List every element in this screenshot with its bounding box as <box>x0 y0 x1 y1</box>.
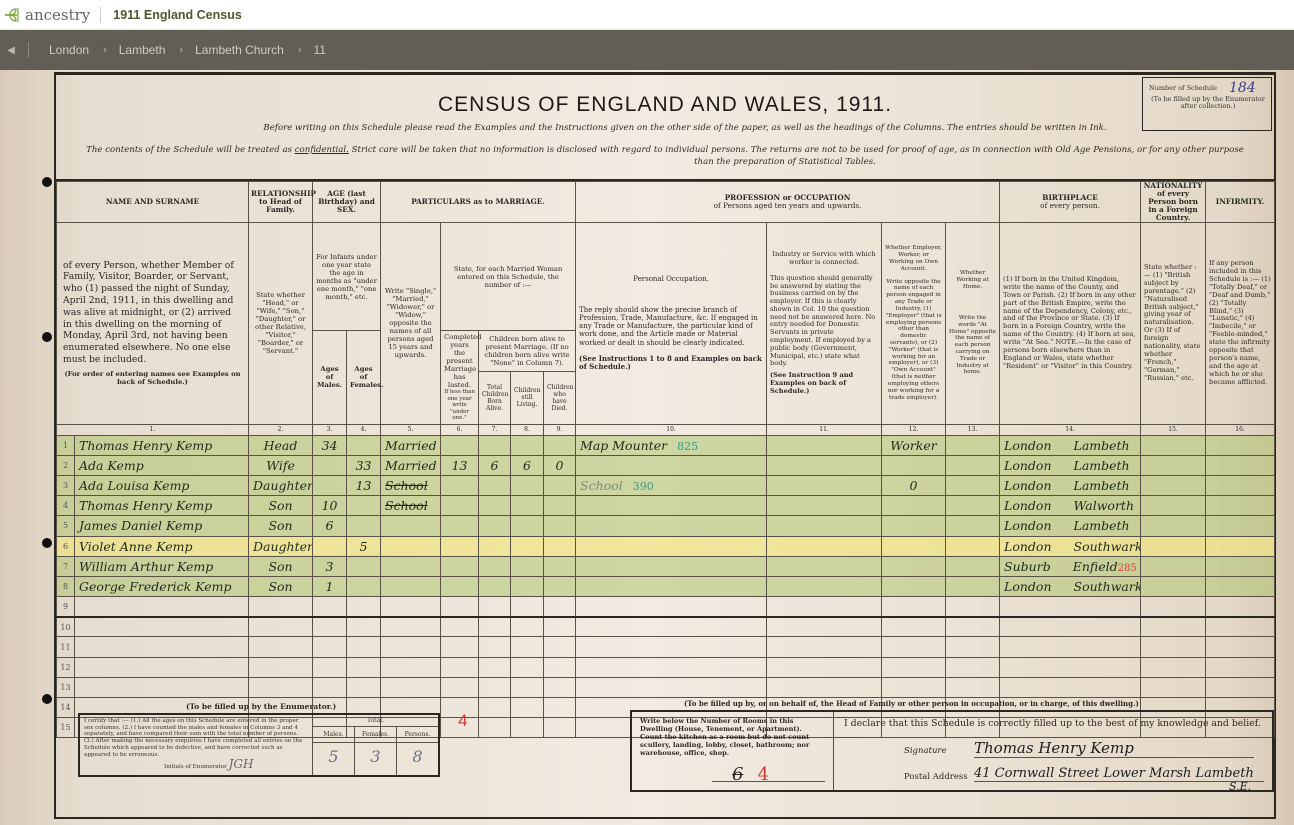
marital-status-cell: School <box>381 496 441 516</box>
confidential-text: The contents of the Schedule will be tre… <box>86 145 295 155</box>
table-row[interactable]: 6Violet Anne KempDaughter5LondonSouthwar… <box>57 536 1275 556</box>
children-living-cell <box>511 597 544 617</box>
birthplace-town: Lambeth <box>1074 438 1130 453</box>
children-living-cell <box>511 698 544 718</box>
col-num: 10. <box>576 424 767 435</box>
row-number: 15 <box>57 718 75 738</box>
address-label: Postal Address <box>904 772 968 782</box>
nationality-cell <box>1141 435 1206 455</box>
marital-status-cell <box>381 536 441 556</box>
age-male-cell <box>313 475 347 495</box>
infirmity-cell <box>1206 536 1275 556</box>
at-home-cell <box>946 475 1000 495</box>
birthplace-cell: LondonSouthwark <box>1000 576 1141 596</box>
birthplace-cell: LondonLambeth <box>1000 475 1141 495</box>
at-home-cell <box>946 576 1000 596</box>
occupation-cell <box>576 576 767 596</box>
infirmity-cell <box>1206 637 1275 657</box>
nationality-cell <box>1141 677 1206 697</box>
table-row[interactable]: 4Thomas Henry KempSon10SchoolLondonWalwo… <box>57 496 1275 516</box>
enumerator-section-title: (To be filled up by the Enumerator.) <box>186 702 336 711</box>
infirmity-cell <box>1206 435 1275 455</box>
children-born-cell <box>479 698 511 718</box>
industry-cell <box>767 556 882 576</box>
enumerator-totals: Total. Males. Females. Persons. 5 3 8 <box>312 715 438 775</box>
age-infants-instructions: For Infants under one year state the age… <box>313 223 381 331</box>
name-cell <box>75 637 249 657</box>
industry-note: (See Instruction 9 and Examples on back … <box>770 372 878 395</box>
industry-cell <box>767 455 882 475</box>
chevron-right-icon: › <box>298 44 302 56</box>
col-num: 16. <box>1206 424 1275 435</box>
initials-label: Initials of Enumerator <box>164 764 227 770</box>
age-female-cell <box>347 556 381 576</box>
children-header: Children born alive to present Marriage.… <box>479 331 576 372</box>
employer-cell <box>882 677 946 697</box>
occupation-text: School <box>580 478 623 493</box>
row-number: 3 <box>57 475 75 495</box>
name-instruction-note: (For order of entering names see Example… <box>63 370 242 387</box>
children-living-cell <box>511 657 544 677</box>
row-number: 10 <box>57 617 75 637</box>
schedule-frame: CENSUS OF ENGLAND AND WALES, 1911. Befor… <box>54 72 1276 819</box>
age-male-cell <box>313 597 347 617</box>
col-header-marriage: PARTICULARS as to MARRIAGE. <box>381 182 576 223</box>
name-cell: Ada Kemp <box>75 455 249 475</box>
breadcrumb-page-number[interactable]: 11 <box>313 43 325 57</box>
confidential-word: confidential. <box>295 145 349 155</box>
infirmity-cell <box>1206 617 1275 637</box>
industry-cell <box>767 617 882 637</box>
relationship-cell <box>249 677 313 697</box>
col-num: 4. <box>347 424 381 435</box>
col-header-infirmity: INFIRMITY. <box>1206 182 1275 223</box>
children-born-cell <box>479 576 511 596</box>
nationality-cell <box>1141 657 1206 677</box>
head-section-title: (To be filled up by, or on behalf of, th… <box>684 699 1139 708</box>
back-triangle-icon[interactable]: ◀ <box>0 45 22 56</box>
children-died-cell <box>544 435 576 455</box>
age-female-cell <box>347 597 381 617</box>
breadcrumb-london[interactable]: London <box>49 43 89 57</box>
children-born-cell <box>479 556 511 576</box>
table-row[interactable]: 12 <box>57 657 1275 677</box>
certify-text: I certify that :— (1.) All the ages on t… <box>84 718 308 758</box>
infirmity-cell <box>1206 597 1275 617</box>
red-annotation: 4 <box>458 711 467 731</box>
signature-label: Signature <box>904 746 947 756</box>
birthplace-cell <box>1000 597 1141 617</box>
nationality-cell <box>1141 496 1206 516</box>
employer-cell <box>882 496 946 516</box>
at-home-cell <box>946 516 1000 536</box>
personal-occupation-instructions: Personal Occupation. The reply should sh… <box>576 223 767 425</box>
age-male-cell <box>313 677 347 697</box>
nationality-cell <box>1141 455 1206 475</box>
birthplace-town: Walworth <box>1074 498 1135 513</box>
at-home-cell <box>946 556 1000 576</box>
col-num: 9. <box>544 424 576 435</box>
table-row[interactable]: 1Thomas Henry KempHead34MarriedMap Mount… <box>57 435 1275 455</box>
table-row[interactable]: 8George Frederick KempSon1LondonSouthwar… <box>57 576 1275 596</box>
marital-status-cell <box>381 677 441 697</box>
females-total: 3 <box>355 743 397 775</box>
birthplace-cell: LondonLambeth <box>1000 435 1141 455</box>
leaf-logo-icon <box>4 7 24 23</box>
occupation-text: Map Mounter <box>580 438 667 453</box>
confidential-line: The contents of the Schedule will be tre… <box>56 145 1274 155</box>
industry-cell <box>767 597 882 617</box>
children-born-cell: 6 <box>479 455 511 475</box>
birthplace-instructions: (1) If born in the United Kingdom, write… <box>1000 223 1141 425</box>
col-num: 7. <box>479 424 511 435</box>
at-home-cell <box>946 597 1000 617</box>
age-female-cell <box>347 516 381 536</box>
profession-subtitle: of Persons aged ten years and upwards. <box>714 201 862 210</box>
children-living-cell <box>511 516 544 536</box>
years-married-cell <box>441 475 479 495</box>
employer-title: Whether Employer, Worker, or Working on … <box>885 245 942 272</box>
table-row[interactable]: 10 <box>57 617 1275 637</box>
occupation-cell <box>576 677 767 697</box>
table-row[interactable]: 5James Daniel KempSon6LondonLambeth <box>57 516 1275 536</box>
initials-value: JGH <box>229 757 254 771</box>
age-male-cell <box>313 637 347 657</box>
children-living-cell <box>511 617 544 637</box>
nationality-cell <box>1141 516 1206 536</box>
children-born-cell <box>479 597 511 617</box>
col-num: 13. <box>946 424 1000 435</box>
table-row[interactable]: 9 <box>57 597 1275 617</box>
age-female-cell: 33 <box>347 455 381 475</box>
instruction-line: Before writing on this Schedule please r… <box>56 123 1274 133</box>
name-instructions: of every Person, whether Member of Famil… <box>57 223 249 425</box>
infirmity-cell <box>1206 455 1275 475</box>
rooms-value: 64 <box>732 764 769 786</box>
children-died-cell <box>544 718 576 738</box>
relationship-cell: Son <box>249 556 313 576</box>
males-total: 5 <box>313 743 355 775</box>
age-male-cell: 3 <box>313 556 347 576</box>
age-male-cell <box>313 657 347 677</box>
row-number: 13 <box>57 677 75 697</box>
name-cell: William Arthur Kemp <box>75 556 249 576</box>
at-home-cell <box>946 455 1000 475</box>
males-label: Males. <box>313 727 355 742</box>
personal-occ-body: The reply should show the precise branch… <box>579 306 763 347</box>
children-total-header: Total Children Born Alive. <box>479 371 511 424</box>
birthplace-cell: LondonLambeth <box>1000 455 1141 475</box>
children-born-cell <box>479 536 511 556</box>
age-female-cell: 5 <box>347 536 381 556</box>
birthplace-county: Suburb <box>1004 559 1051 574</box>
at-home-title: Whether Working at Home. <box>949 270 996 290</box>
children-living-cell: 6 <box>511 455 544 475</box>
occupation-cell <box>576 536 767 556</box>
infirmity-cell <box>1206 677 1275 697</box>
signature-value: Thomas Henry Kemp <box>974 739 1254 758</box>
at-home-cell <box>946 496 1000 516</box>
birthplace-town: Enfield <box>1073 559 1118 574</box>
years-married-cell <box>441 637 479 657</box>
declaration-section: I declare that this Schedule is correctl… <box>834 712 1272 790</box>
children-died-cell <box>544 556 576 576</box>
row-number: 5 <box>57 516 75 536</box>
col-num: 6. <box>441 424 479 435</box>
breadcrumb-lambeth[interactable]: Lambeth <box>119 43 166 57</box>
age-females-header: Ages of Females. <box>347 331 381 425</box>
age-male-cell: 34 <box>313 435 347 455</box>
females-label: Females. <box>355 727 397 742</box>
persons-label: Persons. <box>397 727 438 742</box>
address-value: 41 Cornwall Street Lower Marsh Lambeth <box>974 766 1264 782</box>
ancestry-logo[interactable]: ancestry <box>4 6 90 24</box>
col-num: 12. <box>882 424 946 435</box>
col-num: 8. <box>511 424 544 435</box>
age-female-cell: 13 <box>347 475 381 495</box>
birthplace-town: Lambeth <box>1074 458 1130 473</box>
age-female-cell <box>347 637 381 657</box>
table-row[interactable]: 11 <box>57 637 1275 657</box>
nav-divider <box>28 42 29 58</box>
header-row-instructions: of every Person, whether Member of Famil… <box>57 223 1275 331</box>
industry-cell <box>767 516 882 536</box>
children-born-cell <box>479 475 511 495</box>
years-married-cell <box>441 516 479 536</box>
row-number: 1 <box>57 435 75 455</box>
years-married-cell <box>441 677 479 697</box>
col-header-age: AGE (last Birthday) and SEX. <box>313 182 381 223</box>
birthplace-cell: LondonLambeth <box>1000 516 1141 536</box>
industry-cell <box>767 536 882 556</box>
children-living-cell <box>511 496 544 516</box>
birthplace-town: Southwark <box>1074 579 1141 594</box>
children-living-cell <box>511 718 544 738</box>
children-died-cell <box>544 698 576 718</box>
logo-text: ancestry <box>25 6 90 24</box>
children-born-cell <box>479 516 511 536</box>
relationship-cell: Head <box>249 435 313 455</box>
relationship-cell <box>249 597 313 617</box>
marital-instructions: Write "Single," "Married," "Widower," or… <box>381 223 441 425</box>
collection-title[interactable]: 1911 England Census <box>113 8 242 22</box>
age-male-cell: 10 <box>313 496 347 516</box>
breadcrumb-lambeth-church[interactable]: Lambeth Church <box>195 43 284 57</box>
years-married-cell: 13 <box>441 455 479 475</box>
children-died-header: Children who have Died. <box>544 371 576 424</box>
census-table: NAME AND SURNAME RELATIONSHIP to Head of… <box>56 181 1275 738</box>
age-female-cell <box>347 617 381 637</box>
relationship-instructions: State whether "Head," or "Wife," "Son," … <box>249 223 313 425</box>
col-num: 14. <box>1000 424 1141 435</box>
birthplace-subtitle: of every person. <box>1040 201 1100 210</box>
children-died-cell <box>544 677 576 697</box>
col-num: 2. <box>249 424 313 435</box>
schedule-number-note: (To be filled up by the Enumerator after… <box>1149 96 1267 111</box>
birthplace-cell: LondonWalworth <box>1000 496 1141 516</box>
marital-status-cell <box>381 576 441 596</box>
rooms-original: 6 <box>732 764 743 785</box>
table-row[interactable]: 7William Arthur KempSon3SuburbEnfield285 <box>57 556 1275 576</box>
chevron-right-icon: › <box>103 44 107 56</box>
occupation-cell <box>576 556 767 576</box>
age-male-cell <box>313 536 347 556</box>
punch-hole <box>42 332 52 342</box>
children-died-cell <box>544 597 576 617</box>
row-number: 4 <box>57 496 75 516</box>
rooms-instruction: Write below the Number of Rooms in this … <box>640 718 825 758</box>
infirmity-cell <box>1206 496 1275 516</box>
birthplace-county: London <box>1004 539 1051 554</box>
name-cell: Thomas Henry Kemp <box>75 496 249 516</box>
birthplace-county: London <box>1004 518 1051 533</box>
rooms-section: Write below the Number of Rooms in this … <box>632 712 834 790</box>
rooms-corrected: 4 <box>757 764 768 785</box>
children-died-cell <box>544 657 576 677</box>
at-home-cell <box>946 637 1000 657</box>
top-header: ancestry 1911 England Census <box>0 0 1294 30</box>
birthplace-cell <box>1000 657 1141 677</box>
name-cell: Violet Anne Kemp <box>75 536 249 556</box>
children-born-cell <box>479 496 511 516</box>
infirmity-cell <box>1206 516 1275 536</box>
row-number: 14 <box>57 698 75 718</box>
name-cell: George Frederick Kemp <box>75 576 249 596</box>
enumerator-box: I certify that :— (1.) All the ages on t… <box>78 713 440 777</box>
children-born-cell <box>479 718 511 738</box>
employer-instructions: Whether Employer, Worker, or Working on … <box>882 223 946 425</box>
occupation-cell <box>576 597 767 617</box>
at-home-cell <box>946 657 1000 677</box>
breadcrumb-bar: ◀ London › Lambeth › Lambeth Church › 11 <box>0 30 1294 70</box>
birthplace-town: Lambeth <box>1074 478 1130 493</box>
children-born-cell <box>479 637 511 657</box>
at-home-cell <box>946 677 1000 697</box>
marital-status-cell: Married <box>381 455 441 475</box>
chevron-right-icon: › <box>179 44 183 56</box>
at-home-instructions: Whether Working at Home. Write the words… <box>946 223 1000 425</box>
children-living-cell <box>511 435 544 455</box>
birthplace-cell: SuburbEnfield285 <box>1000 556 1141 576</box>
column-number-row: 1. 2. 3. 4. 5. 6. 7. 8. 9. 10. 11. 12. 1… <box>57 424 1275 435</box>
col-header-birthplace: BIRTHPLACEof every person. <box>1000 182 1141 223</box>
relationship-cell: Wife <box>249 455 313 475</box>
industry-cell <box>767 496 882 516</box>
relationship-cell: Daughter <box>249 475 313 495</box>
birthplace-county: London <box>1004 458 1051 473</box>
years-married-cell <box>441 435 479 455</box>
enumerator-certification: I certify that :— (1.) All the ages on t… <box>80 715 312 775</box>
years-married-text: Completed years the present Marriage has… <box>444 333 475 389</box>
relationship-cell <box>249 657 313 677</box>
row-number: 7 <box>57 556 75 576</box>
col-header-profession: PROFESSION or OCCUPATIONof Persons aged … <box>576 182 1000 223</box>
image-viewer[interactable]: CENSUS OF ENGLAND AND WALES, 1911. Befor… <box>0 70 1294 825</box>
table-row[interactable]: 2Ada KempWife33Married13660LondonLambeth <box>57 455 1275 475</box>
age-male-cell: 1 <box>313 576 347 596</box>
marital-status-cell <box>381 637 441 657</box>
declaration-text: I declare that this Schedule is correctl… <box>844 718 1261 729</box>
industry-cell <box>767 475 882 495</box>
census-document-image: CENSUS OF ENGLAND AND WALES, 1911. Befor… <box>0 70 1294 825</box>
col-header-relationship: RELATIONSHIP to Head of Family. <box>249 182 313 223</box>
name-cell: James Daniel Kemp <box>75 516 249 536</box>
col-num: 5. <box>381 424 441 435</box>
employer-cell <box>882 597 946 617</box>
table-row[interactable]: 13 <box>57 677 1275 697</box>
employer-cell <box>882 556 946 576</box>
name-cell <box>75 657 249 677</box>
relationship-cell: Son <box>249 516 313 536</box>
children-born-cell <box>479 435 511 455</box>
birthplace-code: 285 <box>1118 563 1137 574</box>
personal-occ-note: (See Instructions 1 to 8 and Examples on… <box>579 355 763 372</box>
header-row-main: NAME AND SURNAME RELATIONSHIP to Head of… <box>57 182 1275 223</box>
document-title: CENSUS OF ENGLAND AND WALES, 1911. <box>56 93 1274 117</box>
years-married-header: Completed years the present Marriage has… <box>441 331 479 425</box>
name-cell <box>75 677 249 697</box>
name-cell <box>75 597 249 617</box>
schedule-number-value: 184 <box>1229 80 1256 96</box>
birthplace-county: London <box>1004 478 1051 493</box>
occupation-cell <box>576 496 767 516</box>
years-married-cell <box>441 536 479 556</box>
marital-status-cell <box>381 597 441 617</box>
persons-total: 8 <box>397 743 438 775</box>
nationality-cell <box>1141 637 1206 657</box>
occupation-cell: School390 <box>576 475 767 495</box>
col-num: 11. <box>767 424 882 435</box>
age-males-header: Ages of Males. <box>313 331 347 425</box>
employer-cell <box>882 637 946 657</box>
children-living-cell <box>511 556 544 576</box>
age-male-cell <box>313 455 347 475</box>
age-male-cell <box>313 617 347 637</box>
row-number: 9 <box>57 597 75 617</box>
birthplace-cell: LondonSouthwark <box>1000 536 1141 556</box>
children-died-cell <box>544 475 576 495</box>
age-female-cell <box>347 576 381 596</box>
marital-status-cell: School <box>381 475 441 495</box>
total-label: Total. <box>313 715 438 727</box>
children-died-cell: 0 <box>544 455 576 475</box>
table-row[interactable]: 3Ada Louisa KempDaughter13SchoolSchool39… <box>57 475 1275 495</box>
col-num: 1. <box>57 424 249 435</box>
header-divider <box>100 7 101 23</box>
totals-headers: Males. Females. Persons. <box>313 727 438 743</box>
infirmity-cell <box>1206 576 1275 596</box>
schedule-number-label: Number of Schedule <box>1149 84 1217 92</box>
confidential-line-2: than the preparation of Statistical Tabl… <box>56 157 1274 167</box>
relationship-cell <box>249 617 313 637</box>
age-female-cell <box>347 677 381 697</box>
children-born-cell <box>479 677 511 697</box>
marital-status-cell: Married <box>381 435 441 455</box>
relationship-cell: Daughter <box>249 536 313 556</box>
children-died-cell <box>544 637 576 657</box>
employer-cell <box>882 576 946 596</box>
relationship-cell: Son <box>249 576 313 596</box>
children-living-cell <box>511 536 544 556</box>
nationality-cell <box>1141 617 1206 637</box>
marital-status-cell <box>381 556 441 576</box>
age-female-cell <box>347 496 381 516</box>
occupation-code: 825 <box>677 440 698 453</box>
industry-title: Industry or Service with which worker is… <box>770 251 878 267</box>
employer-body: Write opposite the name of each person e… <box>885 279 942 402</box>
name-cell: Ada Louisa Kemp <box>75 475 249 495</box>
birthplace-county: London <box>1004 438 1051 453</box>
